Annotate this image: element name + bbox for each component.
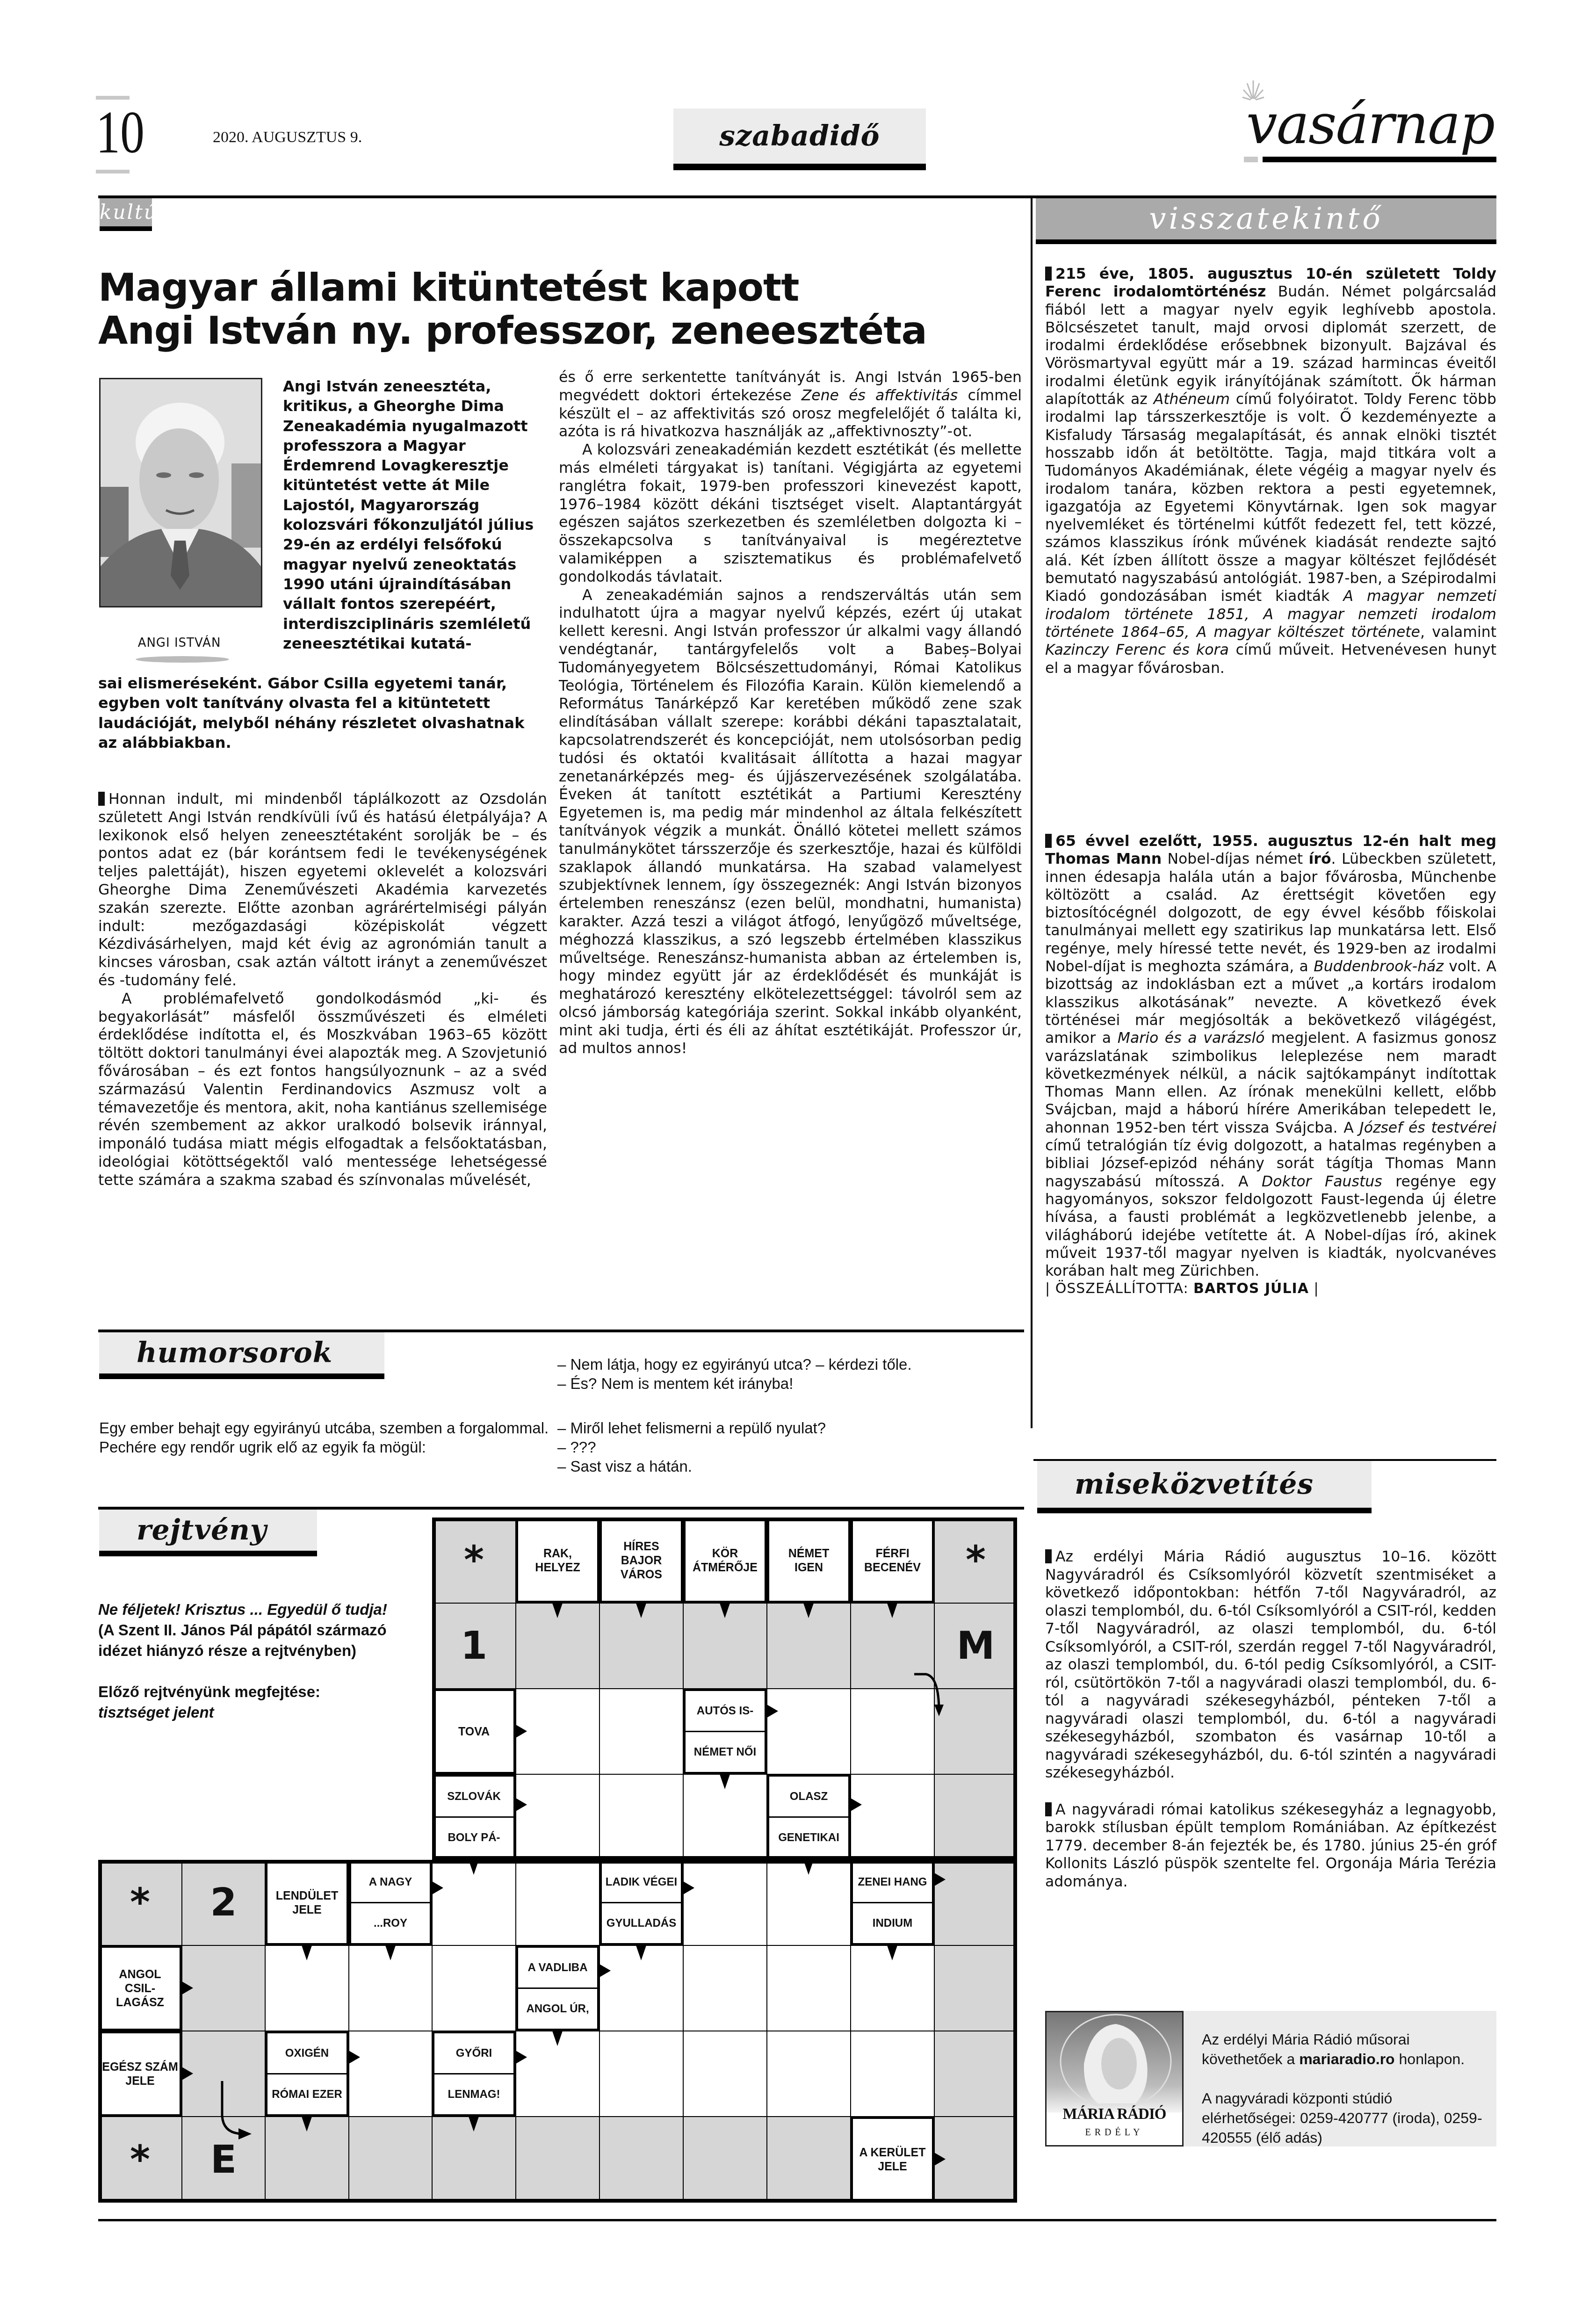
arrow-right-icon [516, 2051, 527, 2064]
crossword-answer-cell[interactable] [182, 1945, 265, 2031]
paragraph: A problémafelvető gondolkodásmód „ki- és… [98, 990, 547, 1190]
issue-date: 2020. AUGUSZTUS 9. [213, 129, 362, 146]
crossword-star-cell: * [432, 1518, 516, 1603]
paragraph-marker-icon [1045, 1802, 1052, 1816]
crossword-split-clue[interactable]: ZENEI HANGINDIUM [851, 1860, 934, 1945]
joke-2: – Miről lehet felismerni a repülő nyulat… [557, 1418, 1025, 1476]
radio-contacts: A nagyváradi központi stúdió elérhetőség… [1202, 2089, 1487, 2147]
article-lead-continued: sai elismeréseként. Gábor Csilla egyetem… [98, 673, 547, 752]
column-divider [1031, 198, 1033, 1428]
section-header-szabadido: szabadidő [673, 108, 926, 170]
crossword-answer-cell[interactable] [767, 2031, 851, 2117]
crossword-answer-cell[interactable] [349, 2117, 432, 2203]
arrow-down-icon [552, 1603, 563, 1618]
crossword-clue[interactable]: KÖRÁTMÉRŐJE [683, 1518, 767, 1603]
radio-info: Az erdélyi Mária Rádió műsorai követhető… [1202, 2030, 1487, 2167]
crossword-answer-cell[interactable] [683, 2117, 767, 2203]
crossword-split-clue[interactable]: LADIK VÉGEIGYULLADÁS [599, 1860, 683, 1945]
arrow-right-icon [767, 1705, 778, 1718]
arrow-down-icon [636, 1945, 646, 1960]
portrait-photo [99, 378, 262, 607]
arrow-down-icon [803, 1860, 814, 1875]
crossword-answer-cell[interactable] [516, 1774, 599, 1860]
arrow-right-icon [182, 1981, 193, 1995]
arrow-down-icon [385, 1945, 396, 1960]
crossword-answer-cell[interactable] [599, 2117, 683, 2203]
joke-1-setup: Egy ember behajt egy egyirányú utcába, s… [99, 1418, 562, 1457]
maria-radio-box: MÁRIA RÁDIÓ ERDÉLY Az erdélyi Mária Rádi… [1045, 2011, 1496, 2147]
crossword-answer-cell[interactable] [683, 1945, 767, 2031]
crossword-clue[interactable]: RAK,HELYEZ [516, 1518, 599, 1603]
crossword-clue[interactable]: ANGOLCSIL-LAGÁSZ [98, 1945, 182, 2031]
crossword-answer-cell[interactable] [851, 1774, 934, 1860]
crossword-answer-cell[interactable] [934, 2031, 1017, 2117]
page-number: 10 [96, 96, 130, 173]
crossword-split-clue[interactable]: GYŐRILENMAG! [432, 2031, 516, 2117]
logo-underline-accent [1244, 157, 1258, 162]
section-tab-kultura: kultúra [100, 198, 152, 231]
crossword-answer-cell[interactable] [516, 1860, 599, 1945]
portrait-image [101, 379, 261, 606]
crossword-split-clue[interactable]: OXIGÉNRÓMAI EZER [265, 2031, 349, 2117]
crossword-answer-cell[interactable] [599, 2031, 683, 2117]
crossword-star-cell: * [98, 2117, 182, 2203]
crossword-answer-cell[interactable] [767, 1689, 851, 1774]
joke-1-dialogue: – Nem látja, hogy ez egyirányú utca? – k… [557, 1355, 1025, 1393]
section-title: miseközvetítés [1037, 1461, 1372, 1508]
crossword-grid: * RAK,HELYEZ HÍRESBAJORVÁROS KÖRÁTMÉRŐJE… [98, 1518, 1017, 2203]
arrow-down-icon [720, 1774, 730, 1789]
crossword-clue[interactable]: NÉMETIGEN [767, 1518, 851, 1603]
crossword-answer-cell[interactable] [516, 2117, 599, 2203]
article-column-2: és ő erre serkentette tanítványát is. An… [559, 369, 1022, 1058]
crossword-clue[interactable]: TOVA [432, 1689, 516, 1774]
crossword-split-clue[interactable]: A VADLIBAANGOL ÚR, [516, 1945, 599, 2031]
arrow-down-icon [469, 1860, 479, 1875]
section-tab-label: visszatekintő [1149, 202, 1383, 236]
article-lead: Angi István zeneesztéta, kritikus, a Ghe… [283, 376, 545, 653]
thesis-title: Zene és affektivitás [802, 387, 958, 404]
arrow-down-icon [469, 2117, 479, 2132]
paragraph-marker-icon [98, 792, 105, 806]
retrospective-item-mann: 65 évvel ezelőtt, 1955. augusztus 12-én … [1045, 832, 1496, 1298]
arrow-right-icon [349, 2051, 360, 2064]
bottom-rule [98, 2219, 1496, 2221]
crossword-marker-1: 1 [432, 1603, 516, 1689]
crossword-split-clue[interactable]: SZLOVÁKBOLY PÁ- [432, 1774, 516, 1860]
madonna-image [1047, 2012, 1184, 2106]
section-header-misekozvetites: miseközvetítés [1037, 1461, 1372, 1513]
crossword-answer-cell[interactable] [349, 2031, 432, 2117]
radio-website-link[interactable]: mariaradio.ro [1299, 2051, 1395, 2067]
photo-caption: ANGI ISTVÁN [99, 636, 260, 650]
logo-underline [1263, 157, 1496, 162]
arrow-down-icon [887, 1603, 897, 1618]
article-column-1: Honnan indult, mi mindenből táplálkozott… [98, 790, 547, 1190]
paragraph-marker-icon [1045, 834, 1052, 848]
section-tab-label: kultúra [100, 201, 182, 224]
crossword-answer-cell[interactable] [934, 1945, 1017, 2031]
arrow-down-icon [302, 1945, 312, 1960]
crossword-clue[interactable]: LENDÜLETJELE [265, 1860, 349, 1945]
crossword-answer-cell[interactable] [767, 1945, 851, 2031]
arrow-right-icon [683, 1881, 694, 1894]
arrow-right-icon [599, 1964, 611, 1977]
mass-broadcast-text: Az erdélyi Mária Rádió augusztus 10–16. … [1045, 1548, 1496, 1909]
arrow-right-icon [851, 1798, 862, 1811]
curved-arrow-icon [912, 1672, 949, 1719]
arrow-right-icon [516, 1798, 527, 1811]
crossword-answer-cell[interactable] [934, 1774, 1017, 1860]
arrow-down-icon [552, 2031, 563, 2046]
newspaper-logo: vasárnap [1242, 89, 1496, 164]
curved-arrow-icon [220, 2079, 262, 2139]
crossword-clue[interactable]: EGÉSZ SZÁMJELE [98, 2031, 182, 2117]
crossword-star-cell: * [934, 1518, 1017, 1603]
caption-underline [136, 656, 229, 663]
crossword-split-clue[interactable]: AUTÓS IS-NÉMET NŐI [683, 1689, 767, 1774]
crossword-answer-cell[interactable] [683, 2031, 767, 2117]
arrow-right-icon [182, 2067, 193, 2080]
paragraph: A kolozsvári zeneakadémián kezdett eszté… [559, 441, 1022, 586]
arrow-down-icon [636, 1603, 646, 1618]
paragraph-marker-icon [1045, 1549, 1052, 1563]
arrow-right-icon [934, 2153, 946, 2166]
arrow-right-icon [516, 1725, 527, 1738]
paragraph: Honnan indult, mi mindenből táplálkozott… [98, 790, 547, 990]
section-header-humorsorok: humorsorok [99, 1332, 384, 1379]
crossword-answer-cell[interactable] [599, 1689, 683, 1774]
crossword-clue[interactable]: A KERÜLETJELE [851, 2117, 934, 2203]
paragraph: A zeneakadémián sajnos a rendszerváltás … [559, 586, 1022, 1058]
paragraph-marker-icon [1045, 267, 1052, 281]
crossword-answer-cell[interactable] [432, 1945, 516, 2031]
radio-brand: MÁRIA RÁDIÓ [1047, 2106, 1182, 2123]
crossword-answer-cell[interactable] [516, 1689, 599, 1774]
paragraph: és ő erre serkentette tanítványát is. An… [559, 369, 1022, 441]
crossword-split-clue[interactable]: OLASZGENETIKAI [767, 1774, 851, 1860]
article-headline: Magyar állami kitüntetést kapott Angi Is… [98, 267, 1024, 353]
crossword-marker-2: 2 [182, 1860, 265, 1945]
arrow-down-icon [720, 1603, 730, 1618]
retrospective-item-toldy: 215 éve, 1805. augusztus 10-én született… [1045, 265, 1496, 677]
logo-text: vasárnap [1246, 89, 1494, 159]
arrow-right-icon [934, 1873, 946, 1886]
crossword-answer-cell[interactable] [767, 2117, 851, 2203]
crossword-clue[interactable]: FÉRFIBECENÉV [851, 1518, 934, 1603]
crossword-split-clue[interactable]: A NAGY...ROY [349, 1860, 432, 1945]
crossword-answer-cell[interactable] [683, 1860, 767, 1945]
crossword-answer-cell[interactable] [599, 1774, 683, 1860]
radio-sub: ERDÉLY [1047, 2127, 1182, 2138]
maria-radio-logo: MÁRIA RÁDIÓ ERDÉLY [1045, 2011, 1184, 2147]
crossword-star-cell: * [98, 1860, 182, 1945]
crossword-clue[interactable]: HÍRESBAJORVÁROS [599, 1518, 683, 1603]
crossword-answer-cell[interactable] [934, 1860, 1017, 1945]
crossword-answer-cell[interactable] [851, 2031, 934, 2117]
headline-line-1: Magyar állami kitüntetést kapott [98, 267, 1024, 310]
arrow-down-icon [302, 2117, 312, 2132]
arrow-right-icon [432, 1881, 443, 1894]
section-tab-visszatekinto: visszatekintő [1036, 198, 1496, 244]
section-title: humorsorok [99, 1332, 384, 1373]
byline: | ÖSSZEÁLLÍTOTTA: BARTOS JÚLIA | [1045, 1280, 1496, 1298]
headline-line-2: Angi István ny. professzor, zeneesztéta [98, 310, 1024, 353]
arrow-down-icon [803, 1603, 814, 1618]
crossword-answer-cell[interactable] [934, 2117, 1017, 2203]
arrow-down-icon [887, 1945, 897, 1960]
section-title: szabadidő [719, 120, 880, 152]
